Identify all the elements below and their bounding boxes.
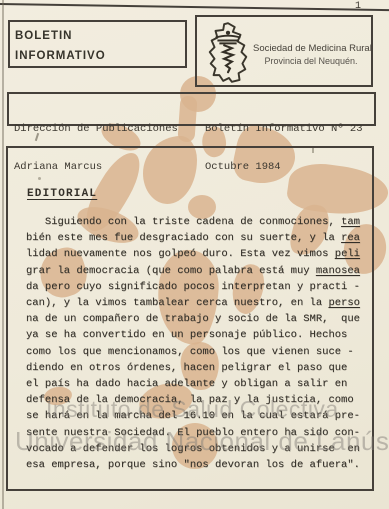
editorial-line: na de un compañero de trabajo y socio de…	[26, 311, 360, 327]
organization-subtitle: Provincia del Neuquén.	[253, 55, 369, 67]
organization-name: Sociedad de Medicina Rural	[253, 43, 369, 55]
editorial-line: bién este mes fue desgraciado con su sue…	[26, 230, 360, 246]
editorial-line: ya se ha convertido en un personaje públ…	[26, 327, 360, 343]
scanned-bulletin-page: 1 BOLETIN INFORMATIVO Sociedad de Medici…	[0, 0, 389, 509]
page-number: 1	[355, 1, 361, 12]
editorial-line: esa empresa, porque sino "nos devoran lo…	[26, 457, 360, 473]
publication-info-band: Dirección de Publicaciones Adriana Marcu…	[7, 92, 376, 126]
smudge-mark	[312, 148, 314, 153]
editorial-line: da pero cuyo significado pocos interpret…	[26, 279, 360, 295]
editorial-line: diendo en otros órdenes, hacen peligrar …	[26, 360, 360, 376]
editorial-heading: EDITORIAL	[27, 188, 97, 200]
digital-watermark-line1: Instituto de Salud Colectiva	[46, 396, 339, 423]
editorial-line: grar la democracia (que como palabra est…	[26, 263, 360, 279]
organization-box: Sociedad de Medicina Rural Provincia del…	[195, 15, 373, 87]
editorial-line: can), y la vimos tambalear cerca nuestro…	[26, 295, 360, 311]
masthead-box: BOLETIN INFORMATIVO	[8, 20, 187, 68]
neuquen-map-caduceus-icon	[203, 19, 253, 87]
page-left-edge-line	[2, 0, 4, 509]
editorial-line: como los que mencionamos, como los que v…	[26, 344, 360, 360]
masthead-title-line2: INFORMATIVO	[15, 46, 185, 66]
digital-watermark-line2: Universidad Nacional de Lanús	[15, 426, 389, 457]
smudge-mark	[38, 177, 41, 180]
issue-number: Boletín Informativo Nº 23	[205, 123, 363, 136]
editorial-line: lidad nuevamente nos golpeó duro. Esta v…	[26, 246, 360, 262]
editorial-line: Siguiendo con la triste cadena de conmoc…	[26, 214, 360, 230]
editorial-line: el país ha dado hacia adelante y obligan…	[26, 376, 360, 392]
masthead-title-line1: BOLETIN	[15, 26, 185, 46]
